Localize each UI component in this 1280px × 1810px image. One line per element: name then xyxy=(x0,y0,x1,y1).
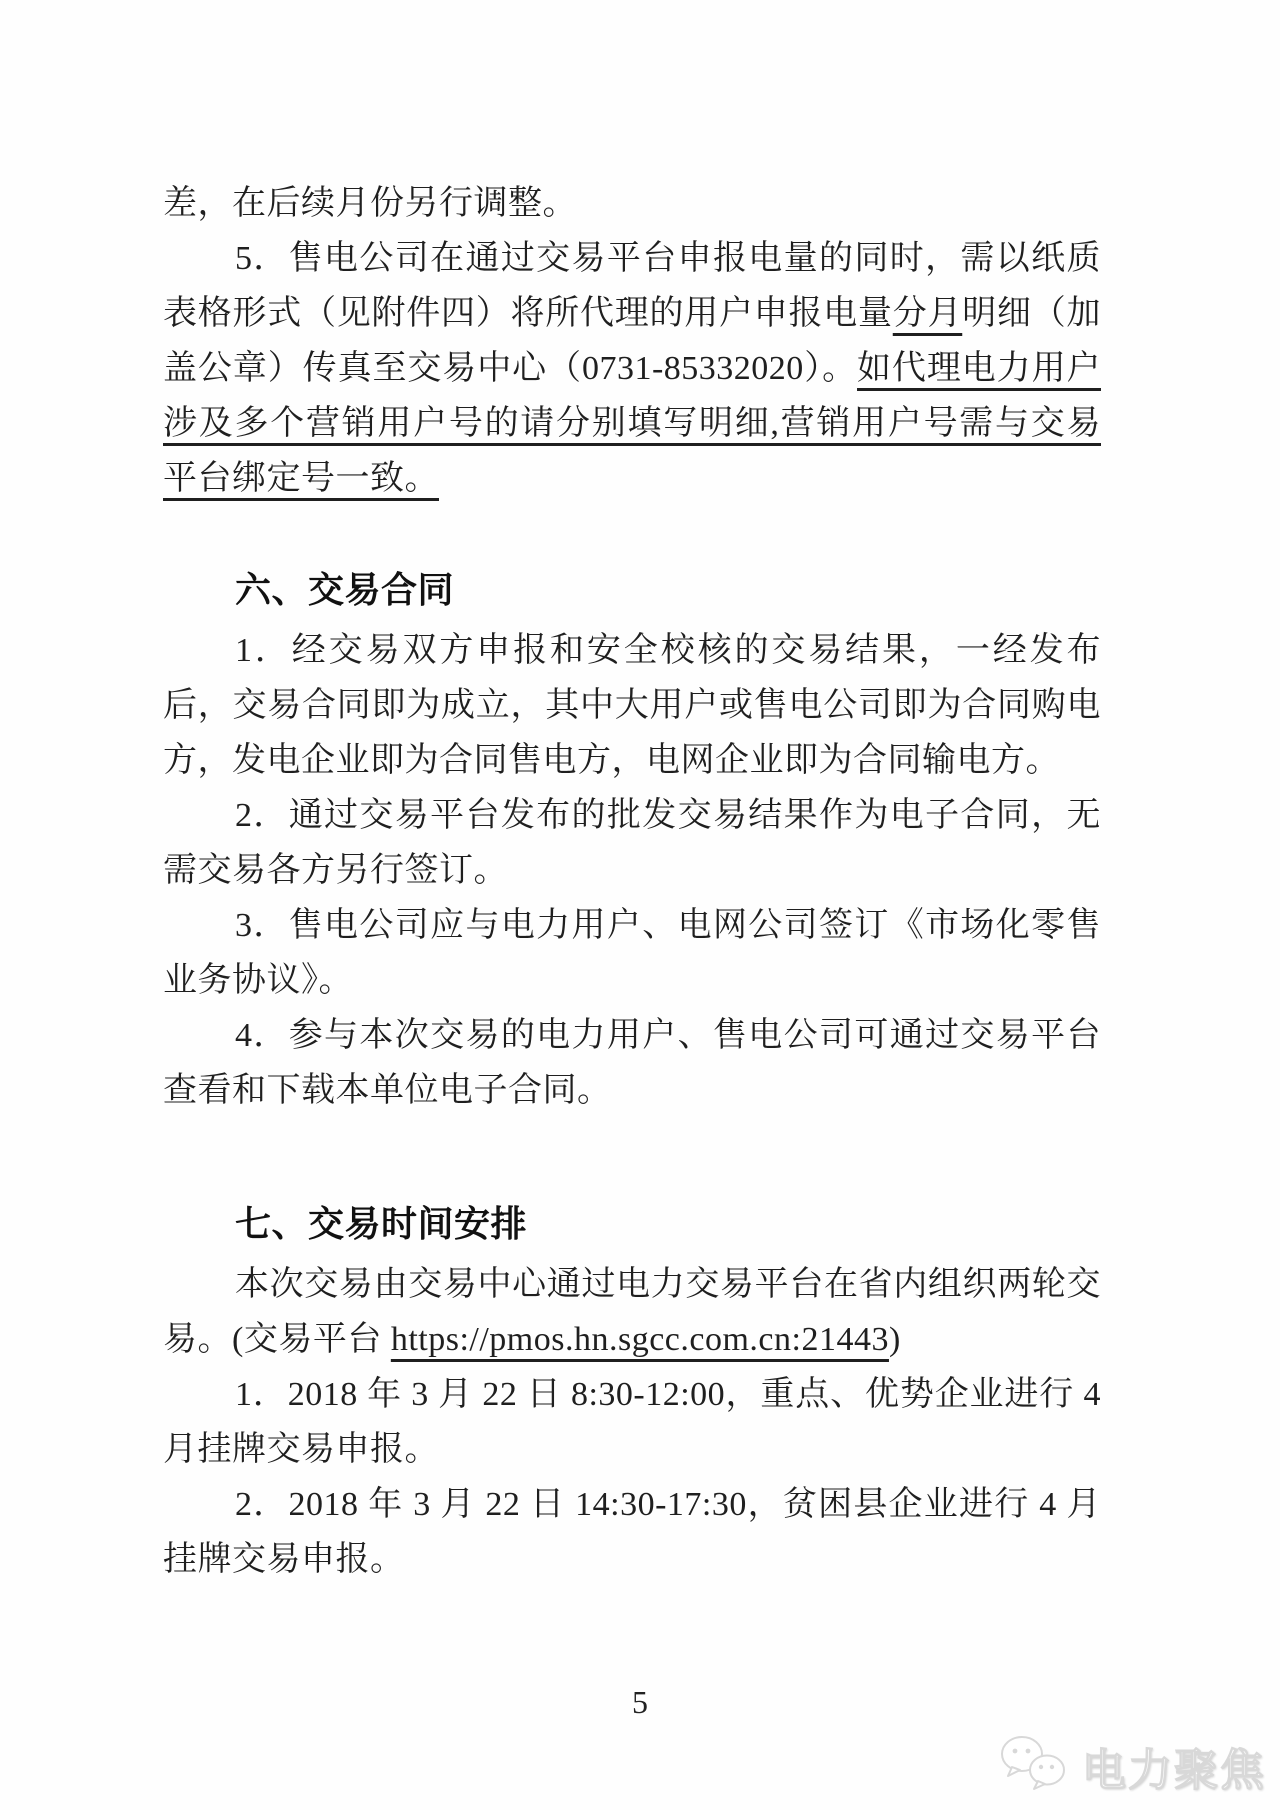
trading-platform-url: https://pmos.hn.sgcc.com.cn:21443 xyxy=(391,1321,889,1358)
wechat-chat-bubbles-icon xyxy=(1000,1732,1072,1799)
publisher-watermark: 电力聚焦 xyxy=(1000,1732,1266,1799)
paragraph-7-1: 1．2018 年 3 月 22 日 8:30-12:00，重点、优势企业进行 4… xyxy=(163,1367,1101,1477)
paragraph-7-intro: 本次交易由交易中心通过电力交易平台在省内组织两轮交易。(交易平台 https:/… xyxy=(163,1257,1101,1367)
paragraph-6-2: 2．通过交易平台发布的批发交易结果作为电子合同，无需交易各方另行签订。 xyxy=(163,788,1101,898)
document-text-block: 差，在后续月份另行调整。 5．售电公司在通过交易平台申报电量的同时，需以纸质表格… xyxy=(163,176,1101,1587)
watermark-label: 电力聚焦 xyxy=(1082,1734,1266,1798)
page-number: 5 xyxy=(0,1682,1280,1722)
paragraph-5: 5．售电公司在通过交易平台申报电量的同时，需以纸质表格形式（见附件四）将所代理的… xyxy=(163,231,1101,506)
paragraph-7-closing-paren: ) xyxy=(889,1321,901,1358)
document-page: 差，在后续月份另行调整。 5．售电公司在通过交易平台申报电量的同时，需以纸质表格… xyxy=(0,0,1280,1810)
continuation-line: 差，在后续月份另行调整。 xyxy=(163,176,1101,231)
underlined-text-monthly: 分月 xyxy=(893,295,963,332)
paragraph-6-4: 4．参与本次交易的电力用户、售电公司可通过交易平台查看和下载本单位电子合同。 xyxy=(163,1008,1101,1118)
paragraph-6-3: 3．售电公司应与电力用户、电网公司签订《市场化零售业务协议》。 xyxy=(163,898,1101,1008)
paragraph-7-2: 2．2018 年 3 月 22 日 14:30-17:30，贫困县企业进行 4 … xyxy=(163,1477,1101,1587)
section-heading-7-trade-schedule: 七、交易时间安排 xyxy=(163,1196,1101,1251)
section-heading-6-trade-contract: 六、交易合同 xyxy=(163,562,1101,617)
paragraph-6-1: 1．经交易双方申报和安全校核的交易结果，一经发布后，交易合同即为成立，其中大用户… xyxy=(163,623,1101,788)
